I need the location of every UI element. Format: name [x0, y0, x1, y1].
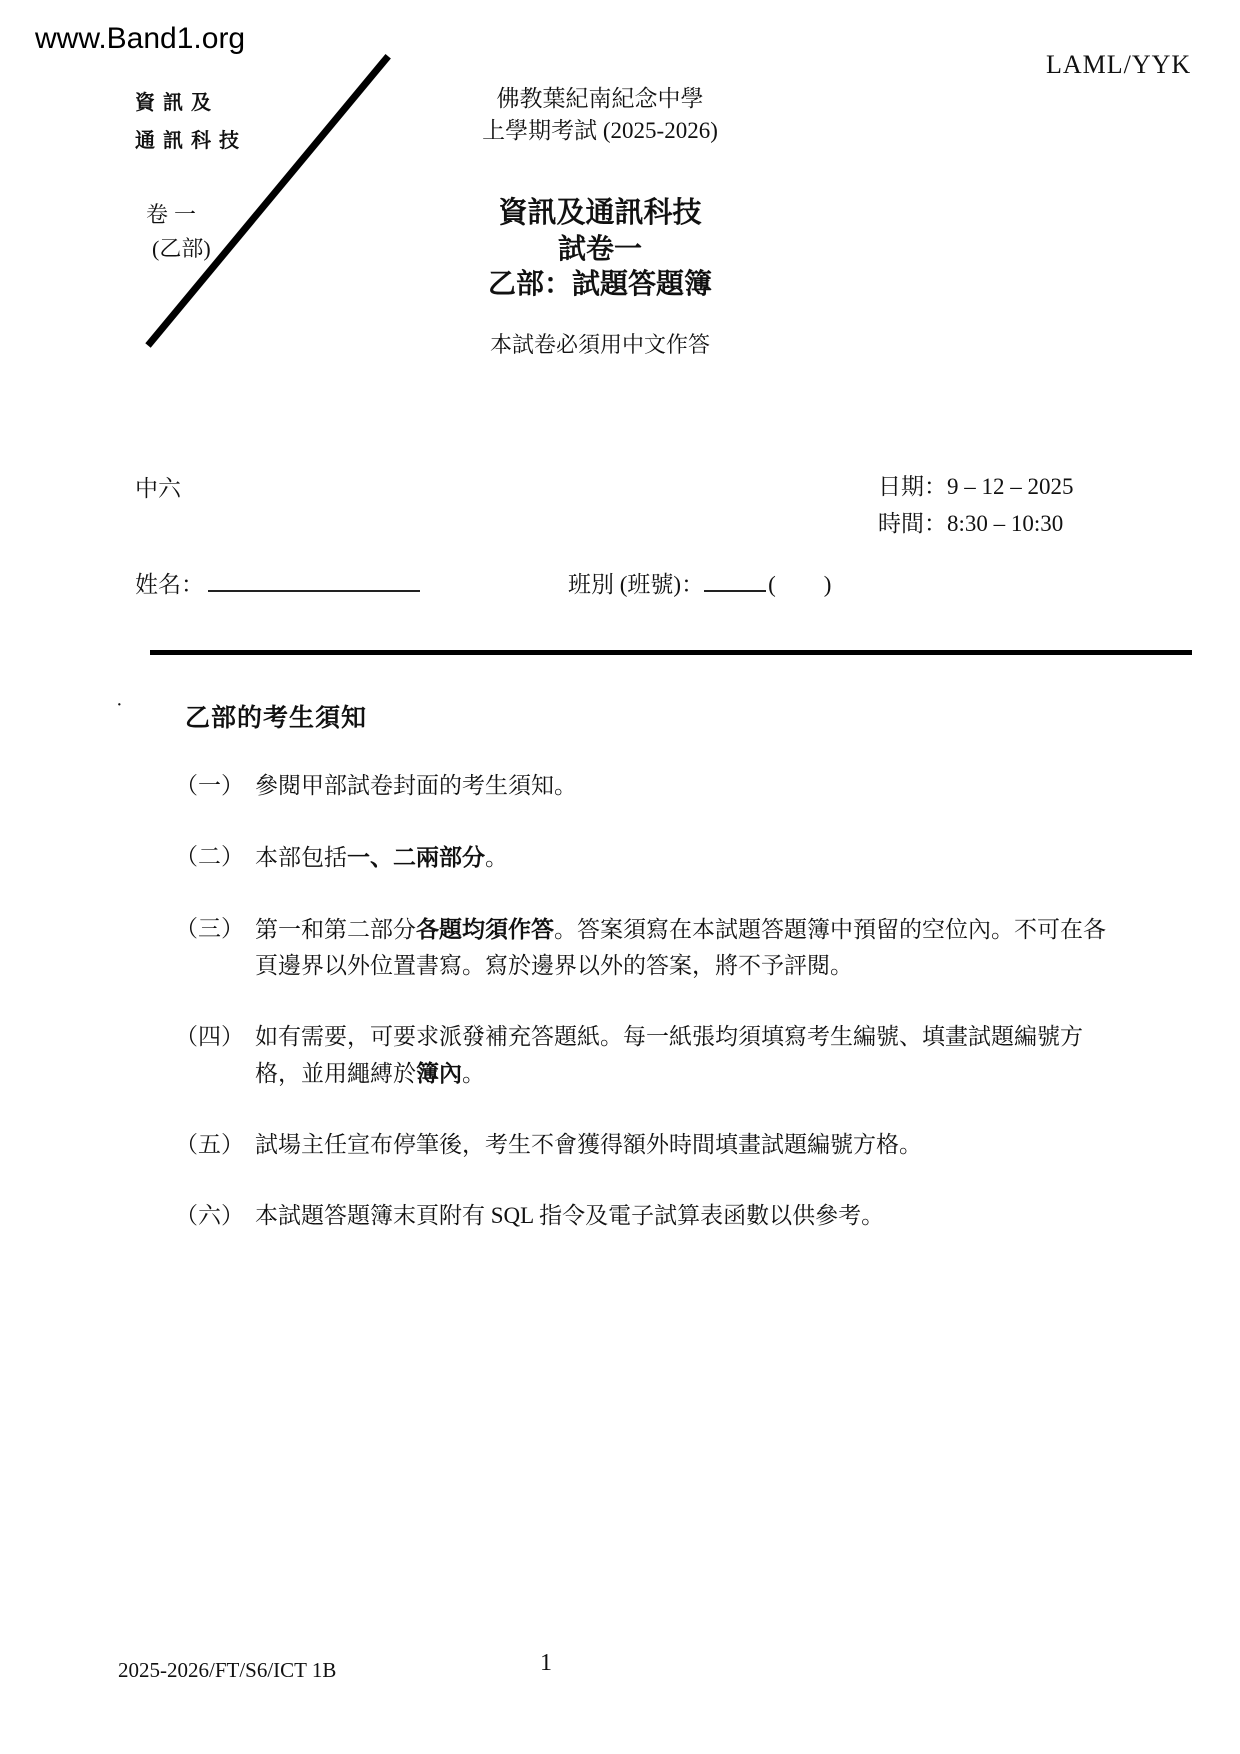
instruction-text-segment: 。 — [485, 845, 508, 870]
class-number-paren-close: ) — [824, 572, 832, 597]
instruction-text-segment: 如有需要，可要求派發補充答題紙。每一紙張均須填寫考生編號、填畫試題編號方格，並用… — [255, 1024, 1083, 1086]
instructions-heading: 乙部的考生須知 — [185, 698, 367, 734]
language-requirement-note: 本試卷必須用中文作答 — [380, 328, 820, 359]
instruction-text-bold-segment: 一、二兩部分 — [347, 844, 485, 870]
instruction-item: （二）本部包括一、二兩部分。 — [175, 839, 1120, 876]
exam-section-title: 乙部：試題答題簿 — [380, 262, 820, 302]
notes-bullet-dot: · — [116, 694, 123, 717]
school-name: 佛教葉紀南紀念中學 — [380, 80, 820, 113]
instruction-text-segment: 參閱甲部試卷封面的考生須知。 — [255, 773, 577, 798]
instruction-text: 試場主任宣布停筆後，考生不會獲得額外時間填畫試題編號方格。 — [255, 1127, 1120, 1163]
instruction-text-segment: 第一和第二部分 — [255, 917, 416, 942]
instruction-text: 本部包括一、二兩部分。 — [255, 839, 1120, 876]
form-level: 中六 — [135, 470, 181, 503]
section-divider-rule — [150, 650, 1192, 655]
instruction-item: （三）第一和第二部分各題均須作答。答案須寫在本試題答題簿中預留的空位內。不可在各… — [175, 911, 1120, 984]
exam-code: LAML/YYK — [1046, 50, 1191, 80]
exam-cover-page: www.Band1.org LAML/YYK 資訊及 通訊科技 卷一 (乙部) … — [0, 0, 1240, 1754]
instruction-text: 參閱甲部試卷封面的考生須知。 — [255, 768, 1120, 804]
class-number-paren-open: ( — [768, 572, 776, 597]
instruction-number: （一） — [175, 768, 255, 804]
instruction-item: （一）參閱甲部試卷封面的考生須知。 — [175, 768, 1120, 804]
paper-part: (乙部) — [152, 232, 211, 263]
exam-term: 上學期考試 (2025-2026) — [380, 112, 820, 145]
instruction-number: （四） — [175, 1019, 255, 1055]
instruction-number: （二） — [175, 839, 255, 875]
instruction-number: （五） — [175, 1127, 255, 1163]
instruction-item: （五）試場主任宣布停筆後，考生不會獲得額外時間填畫試題編號方格。 — [175, 1127, 1120, 1163]
instruction-text-bold-segment: 簿內 — [416, 1060, 462, 1086]
paper-number: 卷一 — [146, 198, 202, 229]
instruction-text: 如有需要，可要求派發補充答題紙。每一紙張均須填寫考生編號、填畫試題編號方格，並用… — [255, 1019, 1120, 1092]
instruction-text: 第一和第二部分各題均須作答。答案須寫在本試題答題簿中預留的空位內。不可在各頁邊界… — [255, 911, 1120, 984]
datetime-block: 日期：9 – 12 – 2025 時間：8:30 – 10:30 — [878, 468, 1074, 542]
instruction-text-segment: 。 — [462, 1061, 485, 1086]
instruction-number: （六） — [175, 1198, 255, 1234]
subject-box-line2: 通訊科技 — [135, 124, 247, 153]
exam-time: 時間：8:30 – 10:30 — [878, 505, 1074, 542]
name-row: 姓名： — [135, 566, 420, 599]
instruction-text: 本試題答題簿末頁附有 SQL 指令及電子試算表函數以供參考。 — [255, 1198, 1120, 1234]
name-label: 姓名： — [135, 572, 204, 597]
subject-box-line1: 資訊及 — [135, 86, 219, 115]
footer-document-code: 2025-2026/FT/S6/ICT 1B — [118, 1658, 336, 1683]
instructions-list: （一）參閱甲部試卷封面的考生須知。（二）本部包括一、二兩部分。（三）第一和第二部… — [175, 768, 1120, 1269]
instruction-text-segment: 試場主任宣布停筆後，考生不會獲得額外時間填畫試題編號方格。 — [255, 1132, 922, 1157]
website-watermark: www.Band1.org — [35, 22, 245, 56]
class-row: 班別 (班號)：() — [568, 566, 831, 599]
instruction-text-segment: 本部包括 — [255, 845, 347, 870]
exam-date: 日期：9 – 12 – 2025 — [878, 468, 1074, 505]
class-blank-field — [704, 567, 766, 592]
name-blank-field — [208, 567, 420, 592]
exam-subject-title: 資訊及通訊科技 — [380, 190, 820, 231]
class-label: 班別 (班號)： — [568, 572, 704, 597]
instruction-number: （三） — [175, 911, 255, 947]
instruction-item: （四）如有需要，可要求派發補充答題紙。每一紙張均須填寫考生編號、填畫試題編號方格… — [175, 1019, 1120, 1092]
instruction-item: （六）本試題答題簿末頁附有 SQL 指令及電子試算表函數以供參考。 — [175, 1198, 1120, 1234]
footer-page-number: 1 — [540, 1650, 552, 1677]
instruction-text-bold-segment: 各題均須作答 — [416, 916, 554, 942]
instruction-text-segment: 本試題答題簿末頁附有 SQL 指令及電子試算表函數以供參考。 — [255, 1203, 884, 1228]
exam-paper-title: 試卷一 — [380, 227, 820, 267]
